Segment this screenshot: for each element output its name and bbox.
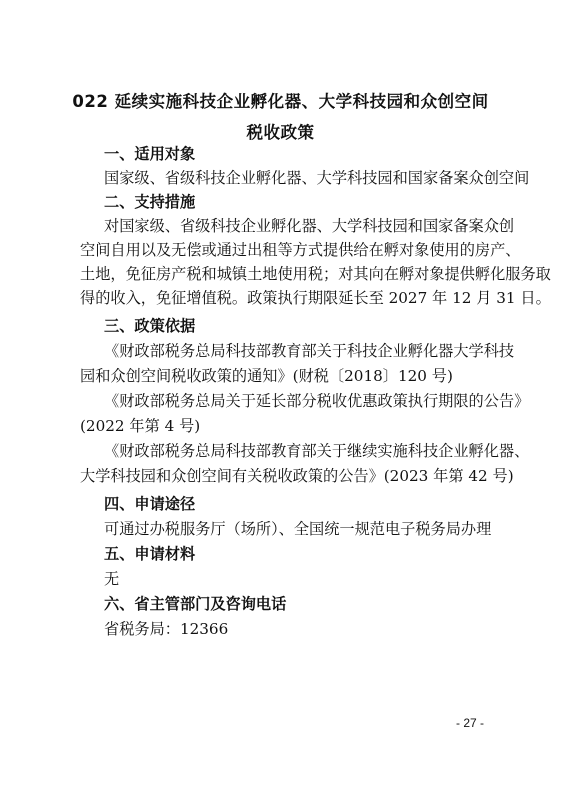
section-text: 《财政部税务总局关于延长部分税收优惠政策执行期限的公告》 xyxy=(104,389,484,413)
section-text: 可通过办税服务厅（场所）、全国统一规范电子税务局办理 xyxy=(104,517,508,541)
section-text: 省税务局：12366 xyxy=(104,617,508,641)
section-text: (2022 年第 4 号) xyxy=(80,414,484,438)
section-text: 大学科技园和众创空间有关税收政策的公告》(2023 年第 42 号) xyxy=(80,464,484,488)
section-text: 园和众创空间税收政策的通知》(财税〔2018〕120 号) xyxy=(80,364,484,388)
section-text: 《财政部税务总局科技部教育部关于继续实施科技企业孵化器、 xyxy=(104,439,484,463)
section-text: 土地，免征房产税和城镇土地使用税；对其向在孵对象提供孵化服务取 xyxy=(80,262,484,286)
page-number: - 27 - xyxy=(456,716,484,730)
section-heading-application-materials: 五、申请材料 xyxy=(104,542,508,566)
document-title-line-1: 022 延续实施科技企业孵化器、大学科技园和众创空间 xyxy=(0,88,561,112)
section-text: 《财政部税务总局科技部教育部关于科技企业孵化器大学科技 xyxy=(104,339,484,363)
section-text: 得的收入，免征增值税。政策执行期限延长至 2027 年 12 月 31 日。 xyxy=(80,286,484,310)
section-text: 空间自用以及无偿或通过出租等方式提供给在孵对象使用的房产、 xyxy=(80,238,484,262)
section-heading-application-channel: 四、申请途径 xyxy=(104,492,508,516)
section-text: 对国家级、省级科技企业孵化器、大学科技园和国家备案众创 xyxy=(104,214,484,238)
section-text: 国家级、省级科技企业孵化器、大学科技园和国家备案众创空间 xyxy=(104,166,508,190)
section-heading-policy-basis: 三、政策依据 xyxy=(104,314,508,338)
document-title-line-2: 税收政策 xyxy=(0,119,561,143)
section-heading-applicable-targets: 一、适用对象 xyxy=(104,142,508,166)
section-heading-contact: 六、省主管部门及咨询电话 xyxy=(104,592,508,616)
section-text: 无 xyxy=(104,567,508,591)
section-heading-support-measures: 二、支持措施 xyxy=(104,190,508,214)
